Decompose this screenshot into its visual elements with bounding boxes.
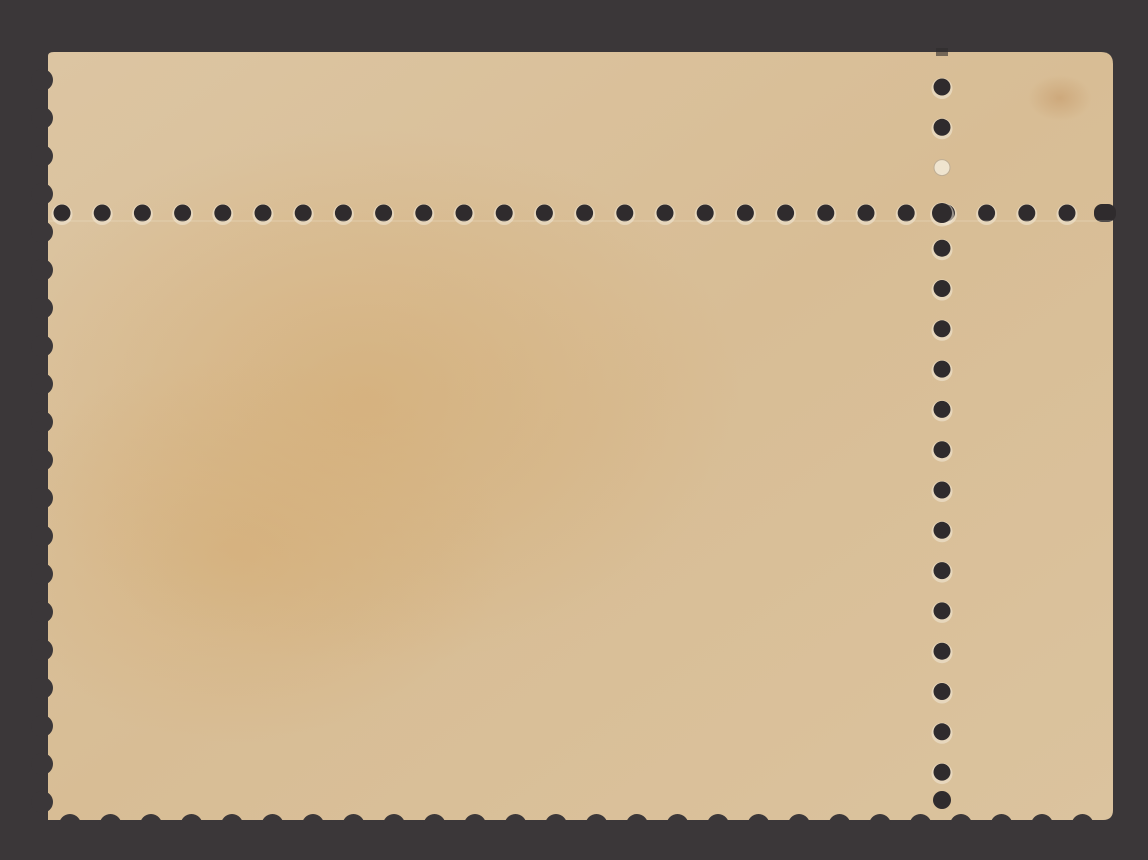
stamp-back: [0, 0, 1148, 860]
stamp-paper: [31, 52, 1115, 860]
stamp-photo: Aged buff/cream paper with horizontal an…: [0, 0, 1148, 860]
